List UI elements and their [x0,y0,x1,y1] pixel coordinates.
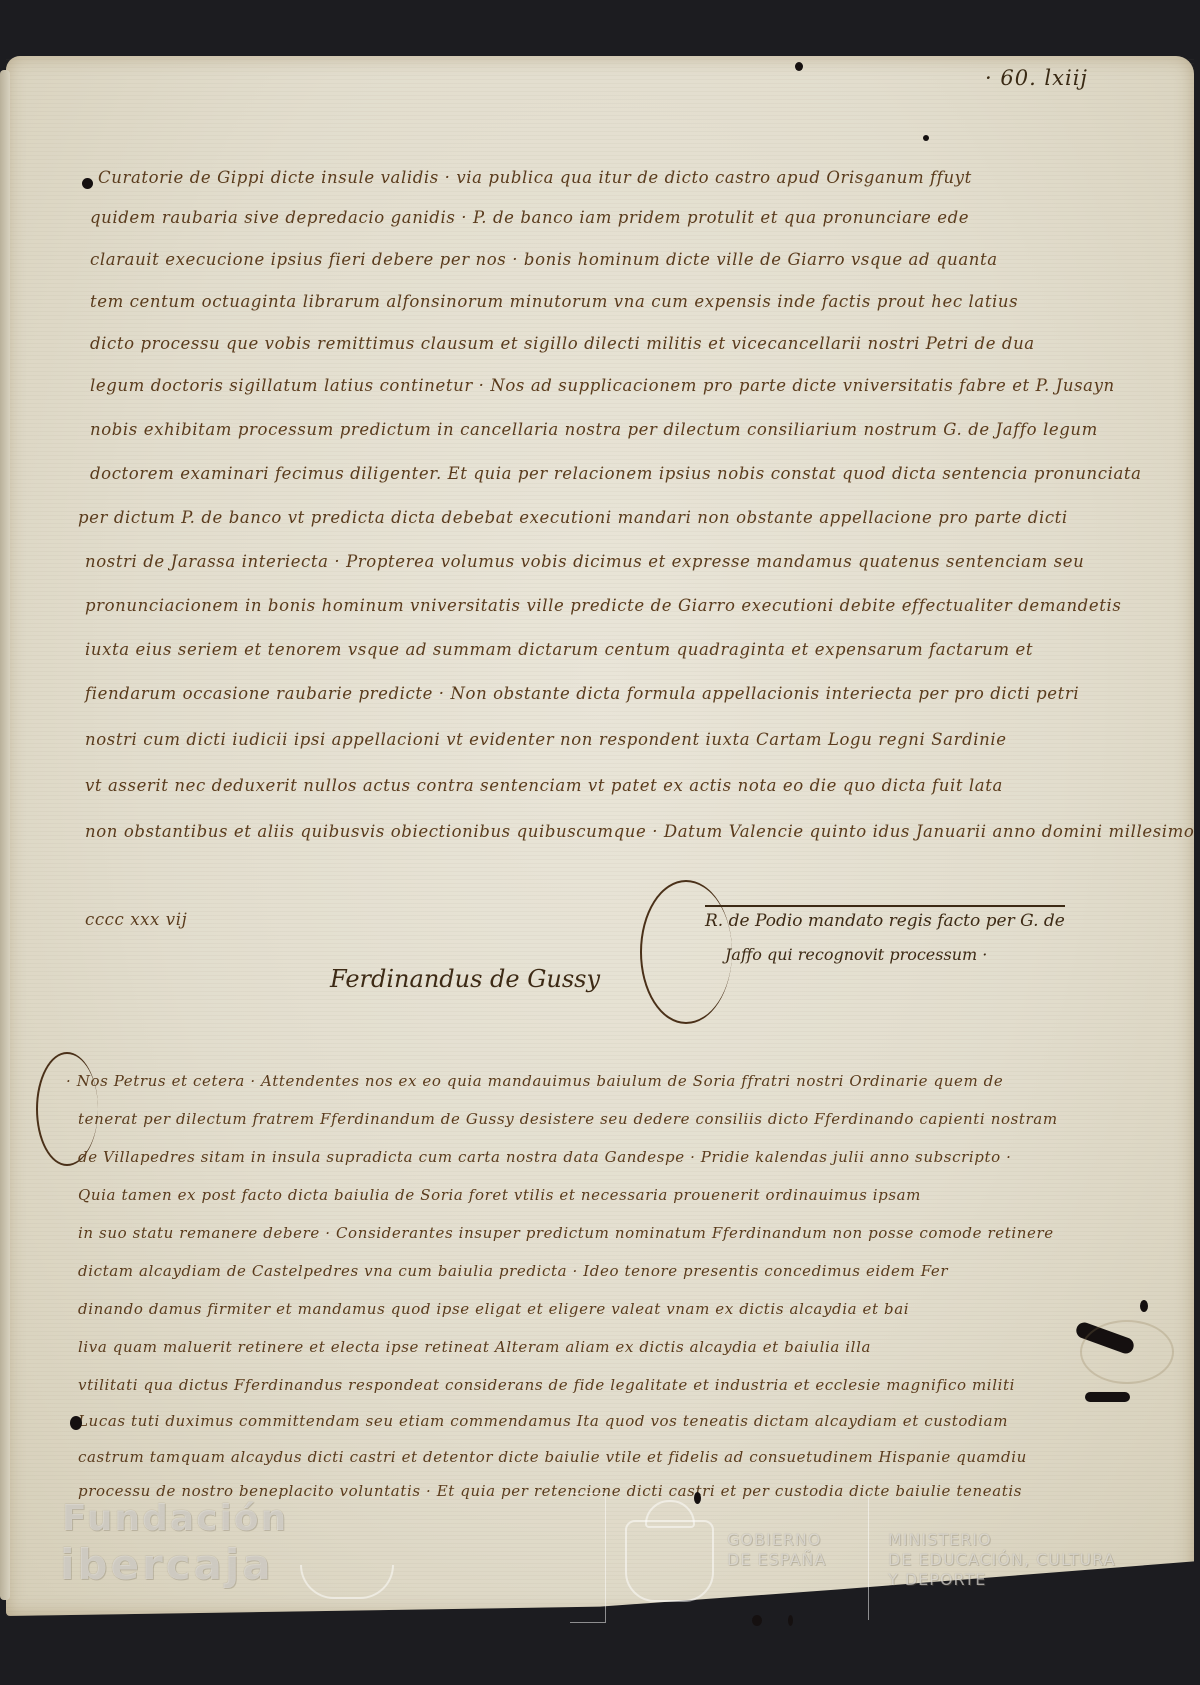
text-line: legum doctoris sigillatum latius contine… [90,376,1115,395]
signature-flourish [640,880,732,1024]
water-stain [1080,1320,1174,1384]
text-line: vtilitati qua dictus Fferdinandus respon… [78,1376,1015,1394]
text-line: pronunciacionem in bonis hominum vnivers… [85,596,1121,615]
watermark-government: GOBIERNO DE ESPAÑA [727,1530,826,1570]
text-line: nostri cum dicti iudicii ipsi appellacio… [85,730,1007,749]
text-line: non obstantibus et aliis quibusvis obiec… [85,822,1194,841]
text-line: fiendarum occasione raubarie predicte · … [85,684,1079,703]
ink-blot [788,1615,793,1626]
text-line: quidem raubaria sive depredacio ganidis … [90,208,969,227]
ink-blot [82,178,93,189]
text-line: cccc xxx vij [85,910,187,929]
ministry-line2: DE EDUCACIÓN, CULTURA [888,1550,1116,1570]
text-line: iuxta eius seriem et tenorem vsque ad su… [85,640,1033,659]
ministry-line3: Y DEPORTE [888,1570,1116,1590]
text-line: vt asserit nec deduxerit nullos actus co… [85,776,1003,795]
text-line: Lucas tuti duximus committendam seu etia… [78,1412,1008,1430]
gov-line1: GOBIERNO [727,1530,826,1550]
ink-blot [70,1416,82,1430]
text-line: in suo statu remanere debere · Considera… [78,1224,1054,1242]
watermark-foundation-line2: ibercaja [60,1540,274,1589]
binding-edge [0,70,10,1600]
text-line: dictam alcaydiam de Castelpedres vna cum… [78,1262,948,1280]
text-line: · Nos Petrus et cetera · Attendentes nos… [66,1072,1003,1090]
gov-line2: DE ESPAÑA [727,1550,826,1570]
coat-of-arms-icon [625,1520,714,1602]
text-line: per dictum P. de banco vt predicta dicta… [78,508,1068,527]
text-line: doctorem examinari fecimus diligenter. E… [90,464,1142,483]
text-line: castrum tamquam alcaydus dicti castri et… [78,1448,1027,1466]
ink-blot [923,135,929,141]
text-line: de Villapedres sitam in insula supradict… [78,1148,1011,1166]
text-line: liva quam maluerit retinere et electa ip… [78,1338,871,1356]
flag-stripe-icon [570,1493,606,1623]
text-line: dicto processu que vobis remittimus clau… [90,334,1035,353]
signature-right-line2: Jaffo qui recognovit processum · [725,945,987,964]
ministry-line1: MINISTERIO [888,1530,1116,1550]
ink-blot [694,1492,701,1504]
signature-left: Ferdinandus de Gussy [330,965,600,993]
text-line: Quia tamen ex post facto dicta baiulia d… [78,1186,921,1204]
text-line: tenerat per dilectum fratrem Fferdinandu… [78,1110,1058,1128]
text-line: nobis exhibitam processum predictum in c… [90,420,1098,439]
text-line: nostri de Jarassa interiecta · Propterea… [85,552,1084,571]
text-line: tem centum octuaginta librarum alfonsino… [90,292,1018,311]
watermark-ministry: MINISTERIO DE EDUCACIÓN, CULTURA Y DEPOR… [888,1530,1116,1590]
text-line: dinando damus firmiter et mandamus quod … [78,1300,909,1318]
text-line: clarauit execucione ipsius fieri debere … [90,250,998,269]
ink-blot [1140,1300,1148,1312]
watermark-divider [868,1492,869,1620]
watermark-foundation-line1: Fundación [62,1498,288,1539]
ink-smear [1085,1392,1130,1402]
ink-blot [752,1615,762,1626]
folio-number: · 60. lxiij [985,66,1088,90]
signature-right-line1: R. de Podio mandato regis facto per G. d… [705,905,1065,931]
text-line: Curatorie de Gippi dicte insule validis … [98,168,972,187]
ink-blot [795,62,803,71]
